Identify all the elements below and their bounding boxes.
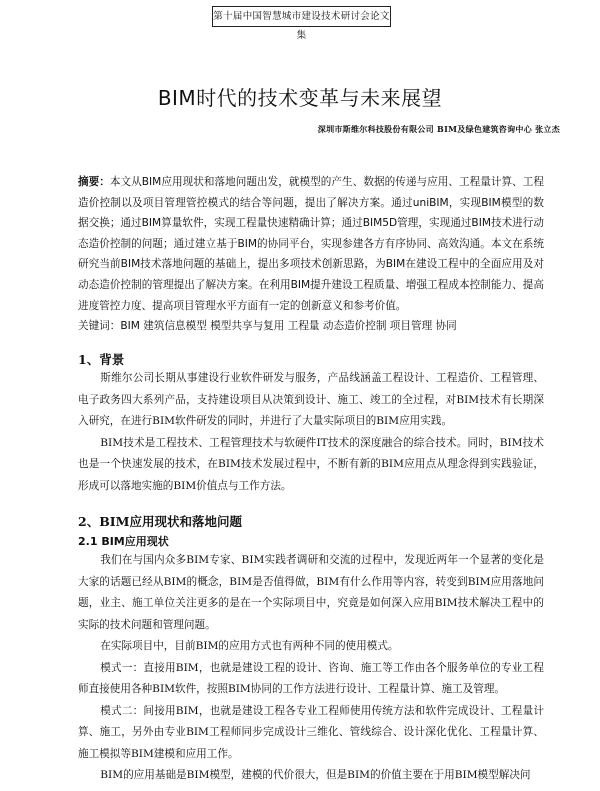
- abstract-block: 摘要：本文从BIM应用现状和落地问题出发，就模型的产生、数据的传递与应用、工程量…: [78, 172, 544, 337]
- author-byline: 深圳市斯维尔科技股份有限公司 BIM及绿色建筑咨询中心 张立杰: [318, 124, 560, 135]
- paragraph: BIM技术是工程技术、工程管理技术与软硬件IT技术的深度融合的综合技术。同时，B…: [78, 433, 544, 498]
- keywords-line: 关键词：BIM 建筑信息模型 模型共享与复用 工程量 动态造价控制 项目管理 协…: [78, 316, 544, 337]
- proceedings-header: 第十届中国智慧城市建设技术研讨会论文集: [212, 6, 391, 27]
- paragraph: 模式一：直接用BIM，也就是建设工程的设计、咨询、施工等工作由各个服务单位的专业…: [78, 658, 544, 701]
- paper-title: BIM时代的技术变革与未来展望: [0, 82, 600, 111]
- section-2-heading: 2、BIM应用现状和落地问题: [78, 512, 242, 530]
- keywords-text: BIM 建筑信息模型 模型共享与复用 工程量 动态造价控制 项目管理 协同: [120, 320, 456, 332]
- section-1-body: 斯维尔公司长期从事建设行业软件研发与服务，产品线涵盖工程设计、工程造价、工程管理…: [78, 368, 544, 497]
- section-2-1-heading: 2.1 BIM应用现状: [78, 533, 169, 549]
- abstract-text: 本文从BIM应用现状和落地问题出发，就模型的产生、数据的传递与应用、工程量计算、…: [78, 176, 544, 312]
- keywords-label: 关键词：: [78, 320, 120, 332]
- section-2-body: 我们在与国内众多BIM专家、BIM实践者调研和交流的过程中，发现近两年一个显著的…: [78, 550, 544, 787]
- abstract-paragraph: 摘要：本文从BIM应用现状和落地问题出发，就模型的产生、数据的传递与应用、工程量…: [78, 172, 544, 316]
- paragraph: BIM的应用基础是BIM模型，建模的代价很大，但是BIM的价值主要在于用BIM模…: [78, 765, 544, 787]
- paragraph: 在实际项目中，目前BIM的应用方式也有两种不同的使用模式。: [78, 636, 544, 658]
- paragraph: 斯维尔公司长期从事建设行业软件研发与服务，产品线涵盖工程设计、工程造价、工程管理…: [78, 368, 544, 433]
- paragraph: 模式二：间接用BIM，也就是建设工程各专业工程师使用传统方法和软件完成设计、工程…: [78, 701, 544, 766]
- abstract-label: 摘要：: [78, 176, 110, 188]
- section-1-heading: 1、背景: [78, 350, 124, 368]
- paragraph: 我们在与国内众多BIM专家、BIM实践者调研和交流的过程中，发现近两年一个显著的…: [78, 550, 544, 636]
